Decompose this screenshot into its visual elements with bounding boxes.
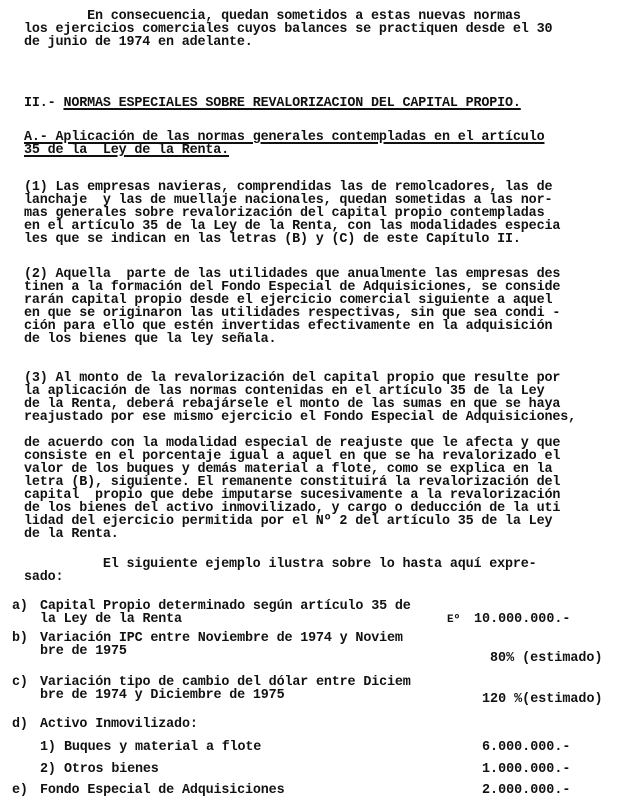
example-item-value: 2.000.000.- [482,784,570,797]
example-item-label: d) [12,718,28,731]
example-item-text: bre de 1974 y Diciembre de 1975 [40,689,284,702]
currency-symbol: Eº [447,614,460,627]
example-subitem-value: 6.000.000.- [482,741,570,754]
paragraph-1-line: les que se indican en las letras (B) y (… [24,233,521,246]
paragraph-3-line: reajustado por ese mismo ejercicio el Fo… [24,411,576,424]
paragraph-3-line: de la Renta. [24,528,119,541]
example-item-text: Fondo Especial de Adquisiciones [40,784,284,797]
example-item-value: 10.000.000.- [474,613,570,626]
section-number: II.- [24,96,63,111]
section-title: NORMAS ESPECIALES SOBRE REVALORIZACION D… [63,96,520,111]
example-item-label: c) [12,676,28,689]
example-intro-line: sado: [24,571,63,584]
document-page: En consecuencia, quedan sometidos a esta… [0,0,630,810]
example-item-value: 120 %(estimado) [482,693,603,706]
intro-line: de junio de 1974 en adelante. [24,36,253,49]
example-subitem-value: 1.000.000.- [482,763,570,776]
example-subitem-label: 2) [40,763,56,776]
example-item-value: 80% (estimado) [490,652,603,665]
example-item-text: Activo Inmovilizado: [40,718,198,731]
example-subitem-text: Buques y material a flote [64,741,261,754]
example-intro-line: El siguiente ejemplo ilustra sobre lo ha… [24,558,537,571]
example-item-label: a) [12,600,28,613]
example-item-text: la Ley de la Renta [40,613,182,626]
example-item-label: b) [12,632,28,645]
example-item-text: bre de 1975 [40,645,127,658]
example-item-label: e) [12,784,28,797]
paragraph-2-line: de los bienes que la ley señala. [24,333,276,346]
example-subitem-text: Otros bienes [64,763,159,776]
section-heading: II.- NORMAS ESPECIALES SOBRE REVALORIZAC… [24,97,521,110]
subsection-title-line2: 35 de la Ley de la Renta. [24,144,229,157]
example-subitem-label: 1) [40,741,56,754]
